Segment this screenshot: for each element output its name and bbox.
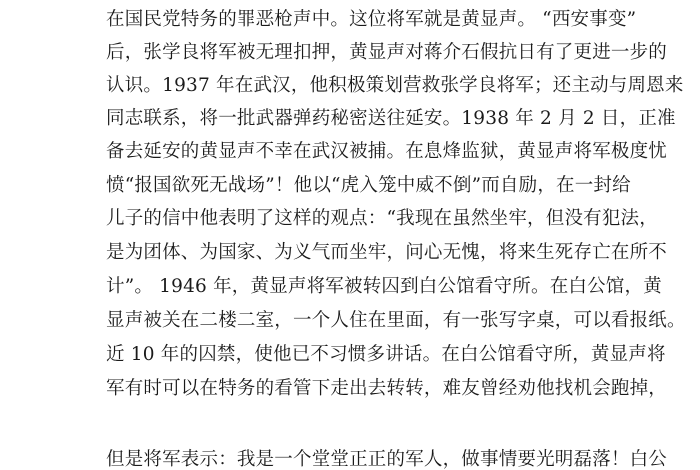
- text-line-2: 后，张学良将军被无理扣押，黄显声对蒋介石假抗日有了更进一步的: [106, 41, 596, 65]
- document-page: 在国民党特务的罪恶枪声中。这位将军就是黄显声。 “西安事变” 后，张学良将军被无…: [0, 0, 700, 470]
- text-line-3: 认识。1937 年在武汉，他积极策划营救张学良将军；还主动与周恩来: [106, 74, 596, 98]
- text-line-5: 备去延安的黄显声不幸在武汉被捕。在息烽监狱，黄显声将军极度忧: [106, 140, 596, 164]
- text-line-8: 是为团体、为国家、为义气而坐牢，问心无愧，将来生死存亡在所不: [106, 241, 596, 265]
- text-line-9: 计”。 1946 年，黄显声将军被转囚到白公馆看守所。在白公馆，黄: [106, 275, 596, 299]
- text-line-7: 儿子的信中他表明了这样的观点：“我现在虽然坐牢，但没有犯法，: [106, 207, 596, 231]
- text-line-1: 在国民党特务的罪恶枪声中。这位将军就是黄显声。 “西安事变”: [106, 8, 596, 32]
- text-line-6: 愤“报国欲死无战场”！他以“虎入笼中威不倒”而自励，在一封给: [106, 174, 596, 198]
- text-line-11: 近 10 年的囚禁，使他已不习惯多讲话。在白公馆看守所，黄显声将: [106, 343, 596, 367]
- text-line-12: 军有时可以在特务的看管下走出去转转，难友曾经劝他找机会跑掉，: [106, 377, 596, 401]
- text-line-10: 显声被关在二楼二室，一个人住在里面，有一张写字桌，可以看报纸。: [106, 309, 596, 333]
- text-line-4: 同志联系，将一批武器弹药秘密送往延安。1938 年 2 月 2 日，正准: [106, 107, 596, 131]
- text-line-13: 但是将军表示：我是一个堂堂正正的军人，做事情要光明磊落！白公: [106, 448, 596, 470]
